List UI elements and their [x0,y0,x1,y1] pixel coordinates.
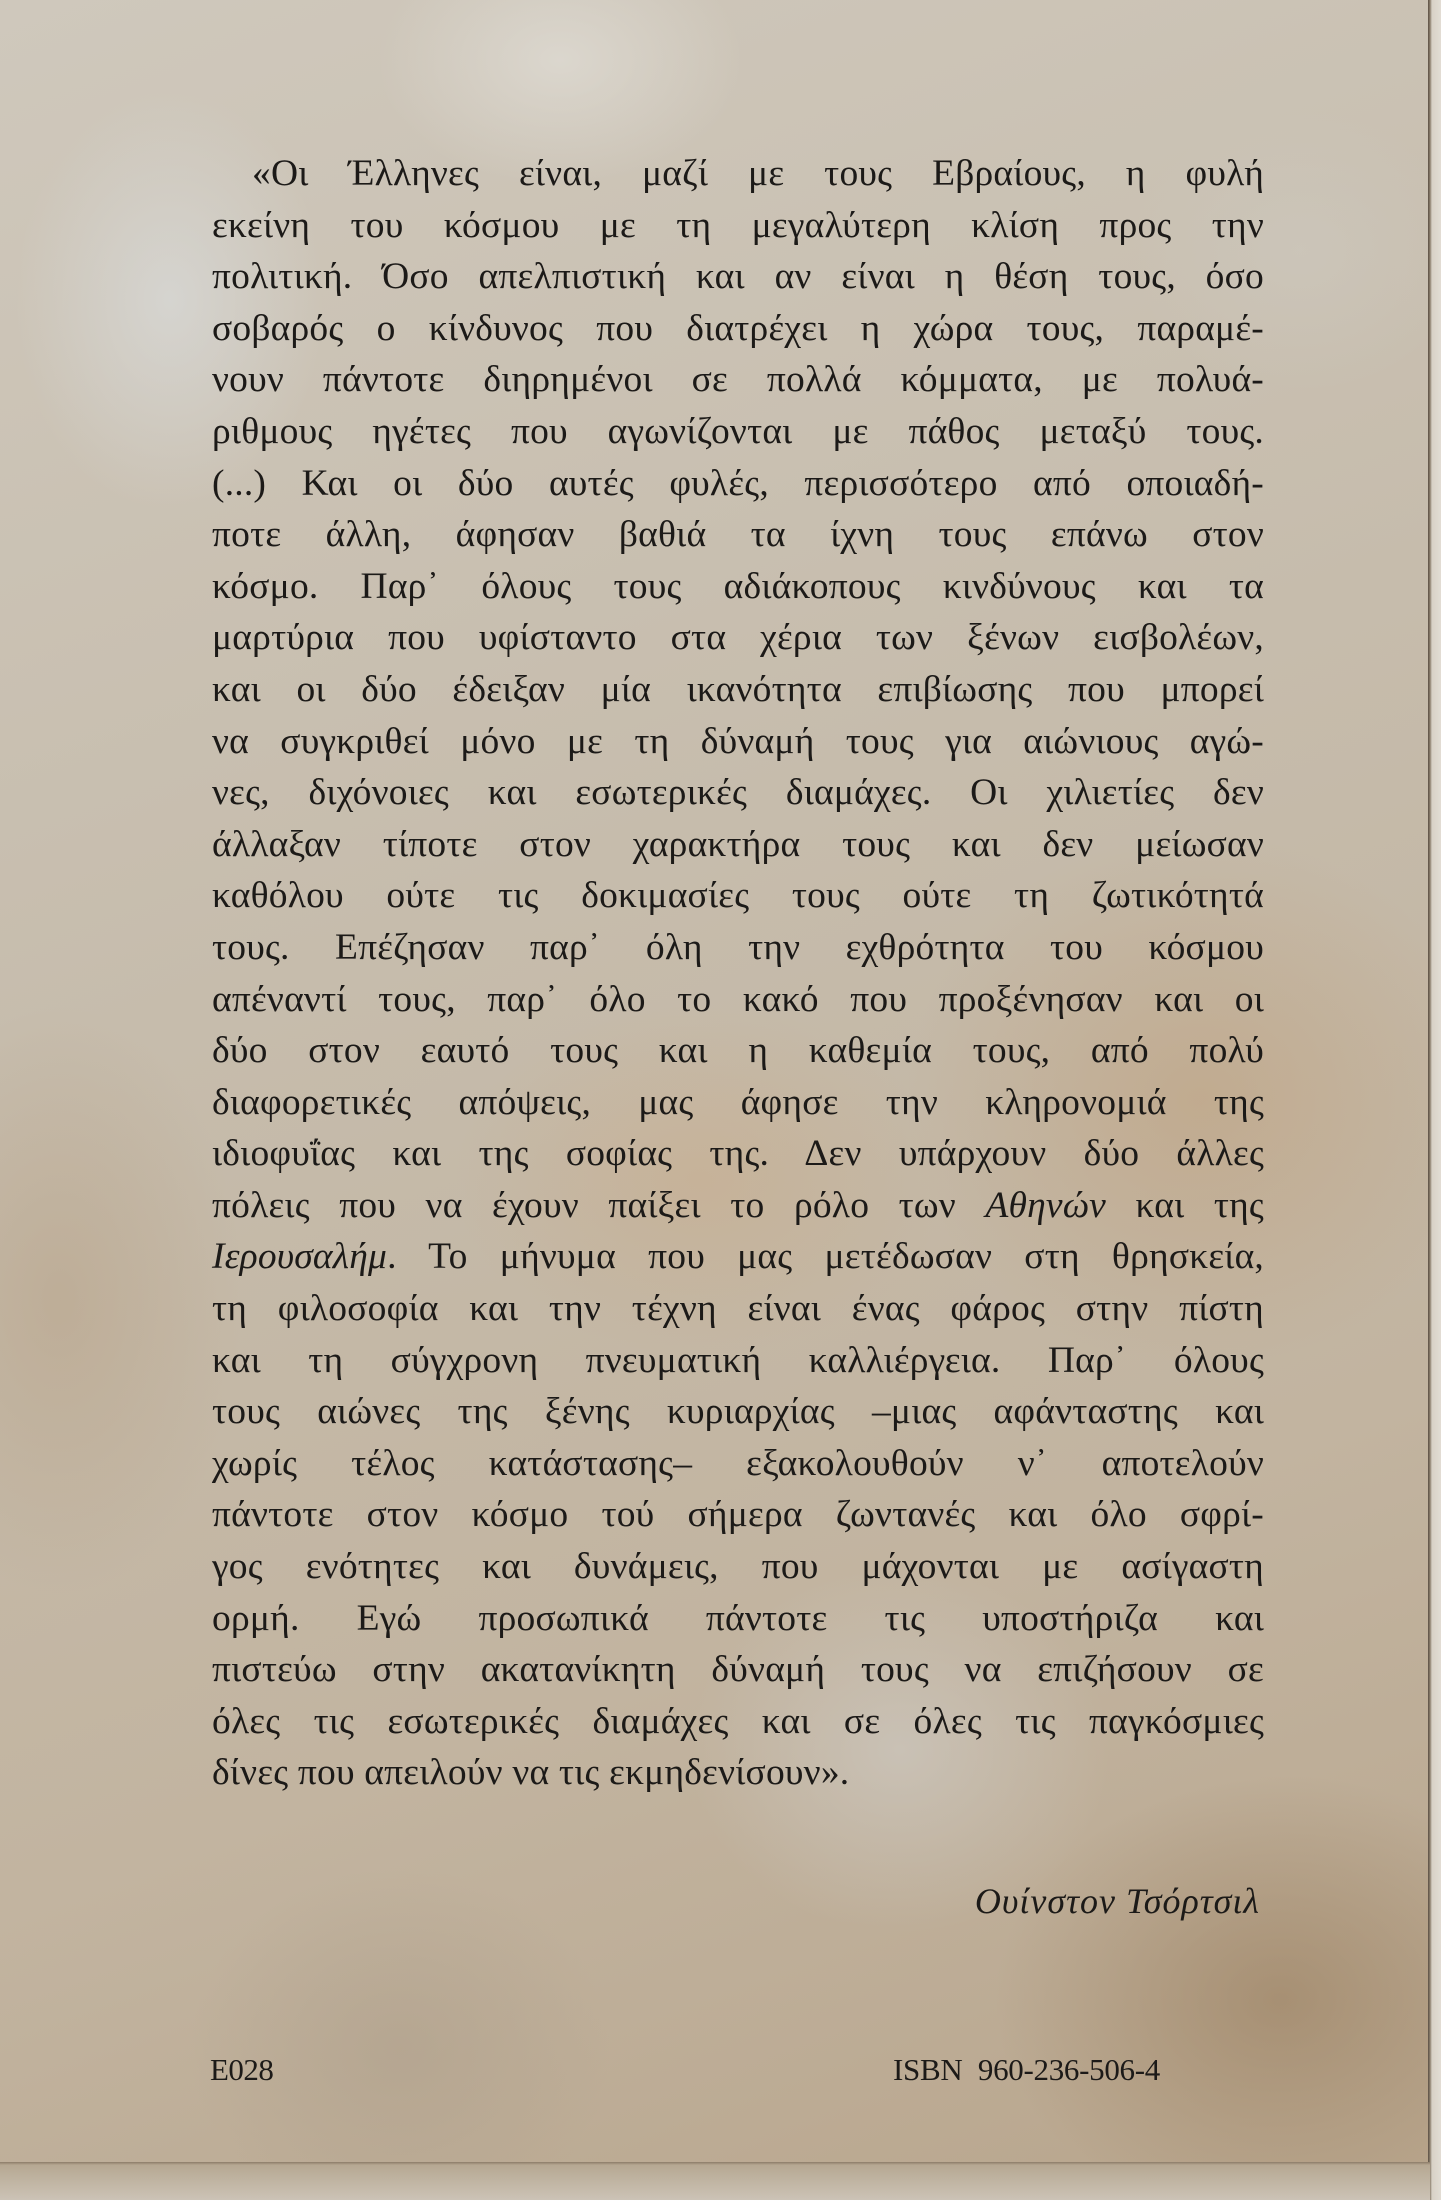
quote-line: τη φιλοσοφία και την τέχνη είναι ένας φά… [212,1283,1264,1335]
quote-line: διαφορετικές απόψεις, μας άφησε την κληρ… [212,1077,1264,1129]
quote-line: νες, διχόνοιες και εσωτερικές διαμάχες. … [212,767,1264,819]
quote-author-signature: Ουίνστον Τσόρτσιλ [910,1880,1260,1922]
quote-line: δύο στον εαυτό τους και η καθεμία τους, … [212,1025,1264,1077]
quote-line: πάντοτε στον κόσμο τού σήμερα ζωντανές κ… [212,1489,1264,1541]
quote-line: τους αιώνες της ξένης κυριαρχίας –μιας α… [212,1386,1264,1438]
product-code: Ε028 [210,2052,273,2088]
quote-text-block: «Οι Έλληνες είναι, μαζί με τους Εβραίους… [212,148,1264,1799]
cover-right-edge [1428,0,1441,2200]
isbn-number: ISBN 960-236-506-4 [893,2052,1160,2088]
quote-line: καθόλου ούτε τις δοκιμασίες τους ούτε τη… [212,870,1264,922]
quote-line: απέναντί τους, παρ᾽ όλο το κακό που προξ… [212,974,1264,1026]
quote-line: πολιτική. Όσο απελπιστική και αν είναι η… [212,251,1264,303]
quote-line: και οι δύο έδειξαν μία ικανότητα επιβίωσ… [212,664,1264,716]
quote-line: να συγκριθεί μόνο με τη δύναμή τους για … [212,716,1264,768]
quote-line: και τη σύγχρονη πνευματική καλλιέργεια. … [212,1335,1264,1387]
cover-bottom-edge [0,2162,1430,2200]
quote-line: ριθμους ηγέτες που αγωνίζονται με πάθος … [212,406,1264,458]
italic-place-jerusalem: Ιερουσαλήμ [212,1236,387,1277]
quote-line-athens: πόλεις που να έχουν παίξει το ρόλο των Α… [212,1180,1264,1232]
italic-place-athens: Αθηνών [985,1185,1106,1226]
quote-line: δίνες που απειλούν να τις εκμηδενίσουν». [212,1747,1264,1799]
quote-line: εκείνη του κόσμου με τη μεγαλύτερη κλίση… [212,200,1264,252]
quote-line: χωρίς τέλος κατάστασης– εξακολουθούν ν᾽ … [212,1438,1264,1490]
quote-line: ποτε άλλη, άφησαν βαθιά τα ίχνη τους επά… [212,509,1264,561]
quote-line: όλες τις εσωτερικές διαμάχες και σε όλες… [212,1696,1264,1748]
quote-text: πόλεις που να έχουν παίξει το ρόλο των [212,1185,985,1226]
quote-line: (...) Και οι δύο αυτές φυλές, περισσότερ… [212,458,1264,510]
quote-line: άλλαξαν τίποτε στον χαρακτήρα τους και δ… [212,819,1264,871]
quote-line: σοβαρός ο κίνδυνος που διατρέχει η χώρα … [212,303,1264,355]
quote-line: τους. Επέζησαν παρ᾽ όλη την εχθρότητα το… [212,922,1264,974]
quote-line: «Οι Έλληνες είναι, μαζί με τους Εβραίους… [212,148,1264,200]
quote-line: ιδιοφυΐας και της σοφίας της. Δεν υπάρχο… [212,1128,1264,1180]
quote-line: γος ενότητες και δυνάμεις, που μάχονται … [212,1541,1264,1593]
quote-line: μαρτύρια που υφίσταντο στα χέρια των ξέν… [212,612,1264,664]
quote-line: κόσμο. Παρ᾽ όλους τους αδιάκοπους κινδύν… [212,561,1264,613]
quote-text: και της [1106,1185,1264,1226]
quote-text: . Το μήνυμα που μας μετέδωσαν στη θρησκε… [387,1236,1264,1277]
quote-line: νουν πάντοτε διηρημένοι σε πολλά κόμματα… [212,354,1264,406]
quote-line: ορμή. Εγώ προσωπικά πάντοτε τις υποστήρι… [212,1593,1264,1645]
quote-line: πιστεύω στην ακατανίκητη δύναμή τους να … [212,1644,1264,1696]
quote-line-jerusalem: Ιερουσαλήμ. Το μήνυμα που μας μετέδωσαν … [212,1231,1264,1283]
